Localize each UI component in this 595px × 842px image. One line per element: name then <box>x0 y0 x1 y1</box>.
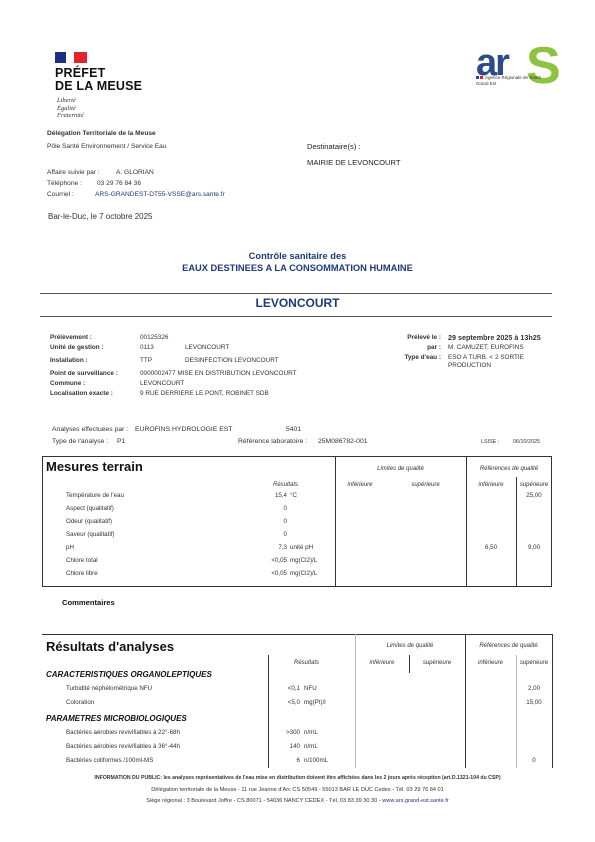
measure-result: <0,05 <box>240 570 287 577</box>
analysis-unit: n/mL <box>304 743 318 750</box>
limites-header: Limites de qualité <box>335 466 466 472</box>
col-divider <box>516 655 517 768</box>
recipient-value: MAIRIE DE LEVONCOURT <box>307 158 401 167</box>
mesures-terrain-table <box>42 456 552 587</box>
analysis-label: Coloration <box>66 699 94 706</box>
measure-result: 15,4 <box>240 492 287 499</box>
table-right-border <box>552 634 553 768</box>
marianne-flag-icon <box>55 52 87 63</box>
sise-value: 06/10/2025 <box>513 439 540 445</box>
flag-red-icon <box>480 76 483 79</box>
motto-egalite: Égalité <box>57 105 84 113</box>
ref-inf-header: inférieure <box>465 660 516 666</box>
measure-unit: mg(Cl2)/L <box>290 570 317 577</box>
col-divider <box>465 634 466 768</box>
point-label: Point de surveillance : <box>50 370 118 377</box>
telephone-value: 03 29 76 84 36 <box>97 180 141 187</box>
analysis-label: Bactéries coliformes /100ml-MS <box>66 757 153 764</box>
recipient-label: Destinataire(s) : <box>307 142 361 151</box>
ars-logo: ar S Agence Régionale de Santé Grand Est <box>470 46 570 98</box>
analysis-unit: mg(Pt)/l <box>304 699 326 706</box>
lim-inf-header: inférieure <box>335 482 385 488</box>
courriel-link[interactable]: ARS-GRANDEST-DT55-VSSE@ars.sante.fr <box>95 191 225 198</box>
ars-logo-subtitle: Agence Régionale de Santé Grand Est <box>476 75 541 86</box>
measure-ref-sup: 25,00 <box>516 492 552 499</box>
affaire-value: A. GLORIAN <box>116 169 154 176</box>
measure-label: Chlore total <box>66 557 98 564</box>
lab-label: Analyses effectuées par : <box>52 426 128 433</box>
col-divider <box>335 456 336 587</box>
commentaires-label: Commentaires <box>62 598 115 607</box>
prelevement-value: 00125326 <box>140 334 168 341</box>
installation-name: DESINFECTION LEVONCOURT <box>185 357 279 364</box>
footer-address-2: Siège régional : 3 Boulevard Joffre - CS… <box>0 798 595 804</box>
motto-fraternite: Fraternité <box>57 112 84 120</box>
motto-liberte: Liberté <box>57 97 84 105</box>
measure-unit: unité pH <box>290 544 313 551</box>
resultats-analyses-title: Résultats d'analyses <box>46 639 174 654</box>
republic-motto: Liberté Égalité Fraternité <box>57 97 84 120</box>
resultats-header: Résultats <box>273 482 298 488</box>
affaire-label: Affaire suivie par : <box>47 169 100 176</box>
type-eau-value-2: PRODUCTION <box>448 362 491 369</box>
col-divider <box>355 634 356 768</box>
analysis-label: Turbidité néphélométrique NFU <box>66 685 152 692</box>
sender-delegation: Délégation Territoriale de la Meuse <box>47 130 156 137</box>
commune-label: Commune : <box>50 380 85 387</box>
references-header: Références de qualité <box>465 643 552 649</box>
analysis-unit: NFU <box>304 685 317 692</box>
measure-result: 0 <box>240 505 287 512</box>
par-value: M. CAMUZET, EUROFINS <box>448 344 524 351</box>
analysis-ref-sup: 15,00 <box>516 699 552 706</box>
analysis-result: >300 <box>270 729 300 736</box>
installation-code: TTP <box>140 357 152 364</box>
lim-sup-header: supérieure <box>409 660 465 666</box>
measure-label: pH <box>66 544 74 551</box>
analysis-ref-sup: 2,00 <box>516 685 552 692</box>
references-header: Références de qualité <box>466 466 552 472</box>
ref-sup-header: supérieure <box>516 660 552 666</box>
limites-header: Limites de qualité <box>355 643 465 649</box>
ref-inf-header: inférieure <box>466 482 516 488</box>
flag-blue-icon <box>476 76 479 79</box>
installation-label: Installation : <box>50 357 88 364</box>
col-divider <box>268 655 269 768</box>
divider <box>40 316 552 317</box>
analysis-result: 6 <box>270 757 300 764</box>
localisation-label: Localisation exacte : <box>50 390 113 397</box>
prefet-line2: DE LA MEUSE <box>55 80 142 93</box>
analysis-result: 140 <box>270 743 300 750</box>
measure-result: 7,3 <box>240 544 287 551</box>
par-label: par : <box>399 344 441 351</box>
website-link[interactable]: www.ars.grand-est.sante.fr <box>382 798 449 804</box>
footer-address-2-text: Siège régional : 3 Boulevard Joffre - CS… <box>146 798 382 804</box>
analysis-result: <5,0 <box>270 699 300 706</box>
courriel-label: Courriel : <box>47 191 74 198</box>
doc-title-line1: Contrôle sanitaire des <box>0 251 595 261</box>
analysis-label: Bactéries aérobies revivifiables à 22°-6… <box>66 729 180 736</box>
measure-unit: mg(Cl2)/L <box>290 557 317 564</box>
analysis-unit: n/100mL <box>304 757 328 764</box>
preleve-le-label: Prélevé le : <box>399 334 441 341</box>
measure-result: <0,05 <box>240 557 287 564</box>
measure-label: Saveur (qualitatif) <box>66 531 115 538</box>
divider <box>40 293 552 294</box>
point-value: 0000002477 MISE EN DISTRIBUTION LEVONCOU… <box>140 370 297 377</box>
footer-address-1: Délégation territoriale de la Meuse - 11… <box>0 787 595 793</box>
measure-result: 0 <box>240 531 287 538</box>
analysis-label: Bactéries aérobies revivifiables à 36°-4… <box>66 743 180 750</box>
analysis-ref-sup: 0 <box>516 757 552 764</box>
lab-code: 5401 <box>286 426 301 433</box>
prefet-logo-text: PRÉFET DE LA MEUSE <box>55 67 142 93</box>
lab-value: EUROFINS HYDROLOGIE EST <box>135 426 232 433</box>
section-title: CARACTERISTIQUES ORGANOLEPTIQUES <box>46 670 212 679</box>
mesures-terrain-title: Mesures terrain <box>46 459 143 474</box>
resultats-header: Résultats <box>294 660 319 666</box>
ars-subtitle-2: Grand Est <box>476 81 496 86</box>
measure-label: Aspect (qualitatif) <box>66 505 114 512</box>
unite-code: 0113 <box>140 344 154 351</box>
info-public: INFORMATION DU PUBLIC: les analyses repr… <box>0 775 595 781</box>
measure-label: Température de l'eau <box>66 492 124 499</box>
table-top-border <box>42 634 552 635</box>
sise-label: LSISE : <box>481 439 499 445</box>
lab-ref-value: 25M086782-001 <box>318 438 368 445</box>
analysis-type-value: P1 <box>117 438 125 445</box>
commune-value: LEVONCOURT <box>140 380 184 387</box>
preleve-le-value: 29 septembre 2025 à 13h25 <box>448 333 541 342</box>
ars-subtitle-1: Agence Régionale de Santé <box>485 75 541 80</box>
type-eau-label: Type d'eau : <box>391 354 441 361</box>
measure-label: Odeur (qualitatif) <box>66 518 112 525</box>
sender-pole: Pôle Santé Environnement / Service Eau <box>47 143 167 150</box>
doc-title-line2: EAUX DESTINEES A LA CONSOMMATION HUMAINE <box>0 263 595 273</box>
lim-inf-header: inférieure <box>355 660 409 666</box>
type-eau-value-1: ESO A TURB. < 2 SORTIE <box>448 354 524 361</box>
analysis-result: <0,1 <box>270 685 300 692</box>
measure-result: 0 <box>240 518 287 525</box>
analysis-type-label: Type de l'analyse : <box>52 438 108 445</box>
unite-name: LEVONCOURT <box>185 344 229 351</box>
section-title: PARAMETRES MICROBIOLOGIQUES <box>46 714 187 723</box>
lim-sup-header: supérieure <box>385 482 466 488</box>
measure-ref-sup: 9,00 <box>516 544 552 551</box>
telephone-label: Téléphone : <box>47 180 82 187</box>
place-date: Bar-le-Duc, le 7 octobre 2025 <box>48 212 153 221</box>
col-divider <box>466 456 467 587</box>
unite-label: Unité de gestion : <box>50 344 104 351</box>
localisation-value: 9 RUE DERRIERE LE PONT, ROBINET SDB <box>140 390 269 397</box>
measure-ref-inf: 6,50 <box>466 544 516 551</box>
measure-label: Chlore libre <box>66 570 98 577</box>
commune-title: LEVONCOURT <box>0 296 595 310</box>
analysis-unit: n/mL <box>304 729 318 736</box>
prelevement-label: Prélèvement : <box>50 334 92 341</box>
measure-unit: °C <box>290 492 297 499</box>
lab-ref-label: Référence laboratoire : <box>238 438 307 445</box>
ref-sup-header: supérieure <box>516 482 552 488</box>
